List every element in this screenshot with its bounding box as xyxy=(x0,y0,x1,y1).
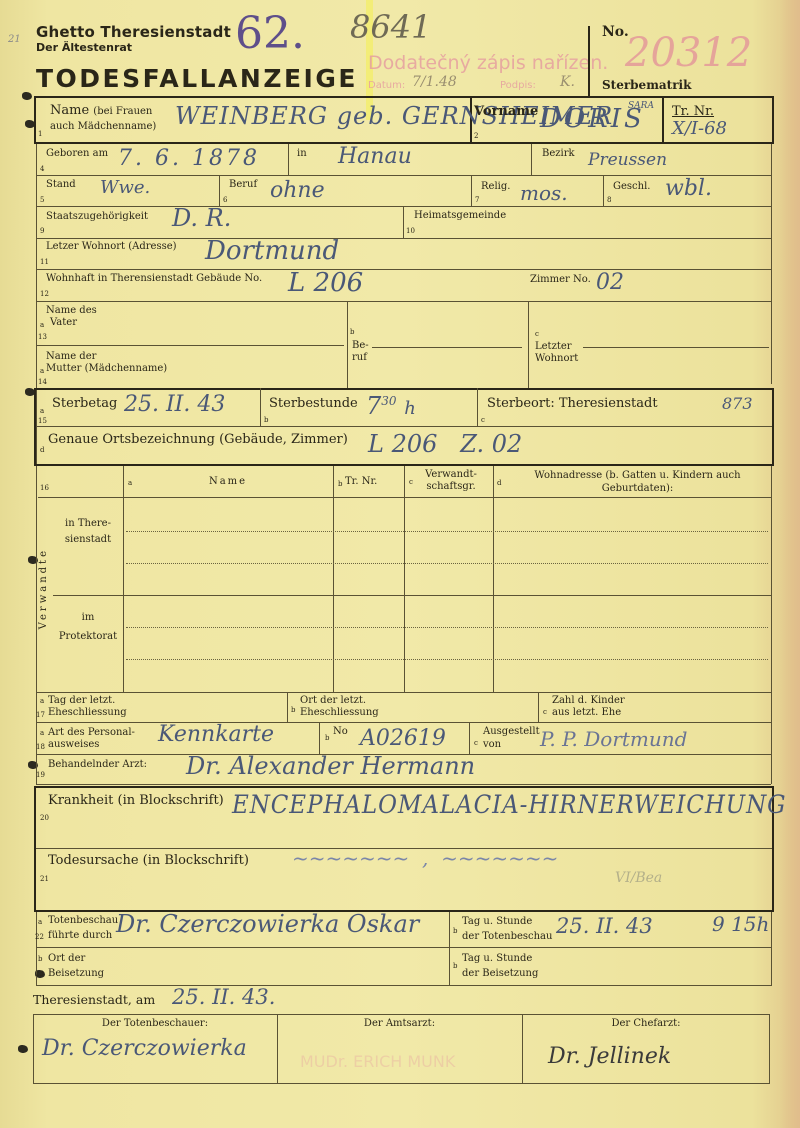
sterbestunde-value[interactable]: 730 h xyxy=(366,392,416,420)
field-number: 20 xyxy=(40,814,49,822)
beruf-parent-label: Be- xyxy=(352,340,369,352)
vater-label: Name des xyxy=(46,305,97,317)
row-line xyxy=(36,269,771,270)
totenbeschau-label: Totenbeschau xyxy=(48,915,118,927)
stamp-datum-label: Datum: xyxy=(368,80,405,91)
field-sub: a xyxy=(40,729,44,737)
fill-line xyxy=(372,347,522,348)
field-sub: a xyxy=(40,697,44,705)
death-certificate-page: 21 Ghetto Theresienstadt Der Ältestenrat… xyxy=(0,0,800,1128)
margin-note: 21 xyxy=(8,34,21,45)
name-label-text: Name xyxy=(50,103,89,118)
geboren-label: Geboren am xyxy=(46,148,108,160)
todesursache-label: Todesursache (in Blockschrift) xyxy=(48,853,249,868)
field-number: 19 xyxy=(36,771,45,779)
stand-value[interactable]: Wwe. xyxy=(100,177,150,198)
right-border xyxy=(771,692,772,784)
right-border xyxy=(771,466,772,692)
field-number: 16 xyxy=(40,484,49,492)
beisetzung-ort-label-2: Beisetzung xyxy=(48,968,104,980)
minutes: 30 xyxy=(381,394,396,408)
column-header-tr-nr: Tr. Nr. xyxy=(345,476,377,488)
group-theresienstadt-label: in There- xyxy=(55,518,121,530)
row-line xyxy=(53,595,771,596)
hour: 7 xyxy=(366,392,381,420)
totenbeschau-label-2: führte durch xyxy=(48,930,112,942)
ausgestellt-label: Ausgestellt xyxy=(483,726,540,738)
totenbeschauer-label: Der Totenbeschauer: xyxy=(33,1018,277,1030)
dotted-line xyxy=(126,627,768,628)
bezirk-value[interactable]: Preussen xyxy=(588,150,667,170)
relig-value[interactable]: mos. xyxy=(520,181,568,205)
beruf-value[interactable]: ohne xyxy=(270,178,325,203)
field-number: 18 xyxy=(36,743,45,751)
in-label: in xyxy=(297,148,307,160)
divider xyxy=(528,301,529,388)
right-border xyxy=(771,912,772,986)
header-divider xyxy=(588,26,590,96)
divider xyxy=(219,175,220,206)
field-sub: b xyxy=(38,955,42,963)
field-sub: c xyxy=(481,416,485,424)
stamp-podpis-value: K. xyxy=(560,74,575,90)
marriage-date-label: Tag der letzt. xyxy=(48,695,115,707)
hour-suffix: h xyxy=(404,398,416,419)
vorname-label: Vorname xyxy=(474,104,538,119)
row-line xyxy=(36,692,771,693)
field-sub: c xyxy=(535,330,539,338)
field-number: 8 xyxy=(607,196,611,204)
totenbeschauer-signature[interactable]: Dr. Czerczowierka xyxy=(42,1036,247,1061)
field-sub: b xyxy=(264,416,268,424)
field-number: 22 xyxy=(35,933,44,941)
ausweis-art-label: Art des Personal- xyxy=(48,727,135,739)
ausgestellt-label-2: von xyxy=(483,739,501,751)
chefarzt-signature[interactable]: Dr. Jellinek xyxy=(548,1044,671,1069)
zimmer-value[interactable]: 02 xyxy=(596,270,624,295)
vorname-extra: SARA xyxy=(628,101,654,111)
beruf-parent-label-2: ruf xyxy=(352,352,367,364)
totenbeschau-date-value[interactable]: 25. II. 43 xyxy=(556,914,653,938)
relig-label: Relig. xyxy=(481,181,510,193)
mutter-label-2: Mutter (Mädchenname) xyxy=(46,363,167,375)
divider xyxy=(471,175,472,206)
divider xyxy=(347,301,348,388)
field-number: 1 xyxy=(38,130,42,138)
field-number: 23 xyxy=(35,970,44,978)
sterbetag-label: Sterbetag xyxy=(52,396,117,411)
dotted-line xyxy=(126,563,768,564)
divider xyxy=(531,144,532,175)
sterbeort-value[interactable]: 873 xyxy=(722,394,753,413)
staatszug-value[interactable]: D. R. xyxy=(172,204,231,232)
arzt-label: Behandelnder Arzt: xyxy=(48,759,147,771)
totenbeschau-zeit-label-2: der Totenbeschau xyxy=(462,931,552,943)
letzter-wohnort-value[interactable]: Dortmund xyxy=(205,236,339,266)
totenbeschau-zeit-label: Tag u. Stunde xyxy=(462,916,532,928)
field-number: 2 xyxy=(474,132,478,140)
field-number: 15 xyxy=(38,417,47,425)
field-sub: d xyxy=(40,446,44,454)
geschl-label: Geschl. xyxy=(613,181,650,193)
field-number: 14 xyxy=(38,378,47,386)
name-label-sub: (bei Frauen xyxy=(93,106,152,117)
sterbestunde-label: Sterbestunde xyxy=(269,396,358,411)
matrik-label: Sterbematrik xyxy=(602,78,691,92)
heimatsgemeinde-label: Heimatsgemeinde xyxy=(414,210,506,222)
stamp-datum-value: 7/1.48 xyxy=(412,74,457,90)
beisetzung-ort-label: Ort der xyxy=(48,953,85,965)
group-protektorat-label-2: Protektorat xyxy=(55,631,121,643)
field-sub: b xyxy=(453,962,457,970)
staatszug-label: Staatszugehörigkeit xyxy=(46,211,148,223)
handwritten-number: 8641 xyxy=(350,8,431,46)
beisetzung-zeit-label: Tag u. Stunde xyxy=(462,953,532,965)
paper-edge xyxy=(780,0,800,1128)
punch-hole-icon xyxy=(22,92,32,100)
row-line xyxy=(38,497,771,498)
field-sub: a xyxy=(38,918,42,926)
field-number: 12 xyxy=(40,290,49,298)
row-line xyxy=(36,985,771,986)
field-number: 5 xyxy=(40,196,44,204)
letzter-wohnort-label: Letzer Wohnort (Adresse) xyxy=(46,241,177,253)
marriage-place-label: Ort der letzt. xyxy=(300,695,366,707)
field-number: 17 xyxy=(36,711,45,719)
field-number: 6 xyxy=(223,196,227,204)
verwandte-label: Verwandte xyxy=(38,548,49,629)
row-line xyxy=(36,784,771,785)
field-number: 21 xyxy=(40,875,49,883)
divider xyxy=(662,96,664,144)
ortsbezeichnung-label: Genaue Ortsbezeichnung (Gebäude, Zimmer) xyxy=(48,432,348,447)
divider xyxy=(123,466,124,692)
name-label: Name (bei Frauen xyxy=(50,103,152,118)
arzt-value[interactable]: Dr. Alexander Hermann xyxy=(186,752,475,780)
column-header-name: Name xyxy=(123,476,333,488)
chefarzt-label: Der Chefarzt: xyxy=(522,1018,770,1030)
dotted-line xyxy=(126,659,768,660)
divider xyxy=(469,722,470,754)
beruf-label: Beruf xyxy=(229,179,257,191)
row-line xyxy=(36,426,772,427)
fill-line xyxy=(583,347,769,348)
czech-stamp-text: Dodatečný zápis nařízen. xyxy=(368,52,608,74)
zimmer-label: Zimmer No. xyxy=(530,274,591,286)
tr-nr-value[interactable]: X/I-68 xyxy=(672,118,727,139)
divider xyxy=(260,388,261,426)
field-sub: c xyxy=(474,739,478,747)
sterbetag-value[interactable]: 25. II. 43 xyxy=(124,392,225,417)
dotted-line xyxy=(126,531,768,532)
row-line xyxy=(36,175,771,176)
krankheit-value[interactable]: ENCEPHALOMALACIA-HIRNERWEICHUNG xyxy=(232,790,786,819)
todesursache-note: VI/Bea xyxy=(615,870,662,886)
children-count-label-2: aus letzt. Ehe xyxy=(552,707,621,719)
row-line xyxy=(36,238,771,239)
left-border xyxy=(36,466,37,692)
group-protektorat-label: im xyxy=(55,612,121,624)
tr-nr-label: Tr. Nr. xyxy=(672,104,714,119)
field-sub: b xyxy=(350,328,354,336)
totenbeschau-value[interactable]: Dr. Czerczowierka Oskar xyxy=(116,910,419,938)
field-sub: b xyxy=(453,927,457,935)
marriage-place-label-2: Eheschliessung xyxy=(300,707,379,719)
register-number: 20312 xyxy=(625,30,752,76)
field-sub: c xyxy=(543,708,547,716)
divider xyxy=(477,388,478,426)
amtsarzt-stamp: MUDr. ERICH MUNK xyxy=(300,1052,455,1071)
field-number: 7 xyxy=(475,196,479,204)
todesursache-value[interactable]: ~~~~~~~ , ~~~~~~~ xyxy=(292,846,558,870)
divider xyxy=(288,144,289,175)
divider xyxy=(603,175,604,206)
row-line xyxy=(36,345,344,346)
birthplace-value[interactable]: Hanau xyxy=(338,144,412,169)
org-name: Ghetto Theresienstadt xyxy=(36,23,231,41)
ausweis-no-value[interactable]: A02619 xyxy=(360,726,446,751)
name-label-sub2: auch Mädchenname) xyxy=(50,121,156,132)
ausweis-no-label: No xyxy=(333,726,348,738)
right-border xyxy=(771,144,772,384)
place-date-value[interactable]: 25. II. 43. xyxy=(172,985,275,1009)
field-sub: b xyxy=(325,734,329,742)
beisetzung-zeit-label-2: der Beisetzung xyxy=(462,968,538,980)
place-date-label: Theresienstadt, am xyxy=(33,992,155,1007)
column-sub: c xyxy=(409,478,413,486)
divider xyxy=(403,206,404,238)
children-count-label: Zahl d. Kinder xyxy=(552,695,625,707)
ausweis-art-value[interactable]: Kennkarte xyxy=(158,722,274,747)
vater-label-2: Vater xyxy=(50,317,77,329)
field-sub: b xyxy=(291,706,295,714)
marriage-date-label-2: Eheschliessung xyxy=(48,707,127,719)
divider xyxy=(287,692,288,722)
field-number: 4 xyxy=(40,165,44,173)
ausgestellt-value[interactable]: P. P. Dortmund xyxy=(540,727,687,751)
field-number: 10 xyxy=(406,227,415,235)
group-theresienstadt-label-2: sienstadt xyxy=(55,534,121,546)
row-line xyxy=(36,722,771,723)
mutter-label: Name der xyxy=(46,351,96,363)
purple-annotation: 62. xyxy=(235,8,305,59)
divider xyxy=(449,912,450,986)
row-line xyxy=(36,947,771,948)
punch-hole-icon xyxy=(18,1045,28,1053)
field-sub: a xyxy=(40,321,44,329)
totenbeschau-time-value[interactable]: 9 15h xyxy=(712,912,769,936)
amtsarzt-label: Der Amtsarzt: xyxy=(277,1018,522,1030)
divider xyxy=(538,692,539,722)
geboren-value[interactable]: 7. 6. 1878 xyxy=(118,146,260,171)
wohnhaft-label: Wohnhaft in Therensienstadt Gebäude No. xyxy=(46,273,262,285)
field-number: 11 xyxy=(40,258,49,266)
column-sub: b xyxy=(338,480,342,488)
column-header-verwandtschaft: Verwandt-schaftsgr. xyxy=(414,469,488,493)
field-sub: a xyxy=(40,367,44,375)
ausweis-art-label-2: ausweises xyxy=(48,739,99,751)
parent-wohnort-label: Letzter xyxy=(535,341,572,353)
divider xyxy=(319,722,320,754)
field-number: 13 xyxy=(38,333,47,341)
form-title: TODESFALLANZEIGE xyxy=(36,64,358,93)
stamp-podpis-label: Podpis: xyxy=(500,80,536,91)
bezirk-label: Bezirk xyxy=(542,148,575,160)
ortsbezeichnung-value[interactable]: L 206 Z. 02 xyxy=(368,430,522,458)
geschl-value[interactable]: wbl. xyxy=(665,176,712,201)
column-sub: d xyxy=(497,479,501,487)
org-council: Der Ältestenrat xyxy=(36,41,132,54)
field-number: 9 xyxy=(40,227,44,235)
stand-label: Stand xyxy=(46,179,76,191)
column-header-wohnadresse: Wohnadresse (b. Gatten u. Kindern auch G… xyxy=(510,469,765,495)
parent-wohnort-label-2: Wohnort xyxy=(535,353,578,365)
sterbeort-label: Sterbeort: Theresienstadt xyxy=(487,396,658,411)
krankheit-label: Krankheit (in Blockschrift) xyxy=(48,793,224,808)
field-sub: a xyxy=(40,407,44,415)
wohnhaft-value[interactable]: L 206 xyxy=(288,268,363,298)
row-line xyxy=(36,301,771,302)
